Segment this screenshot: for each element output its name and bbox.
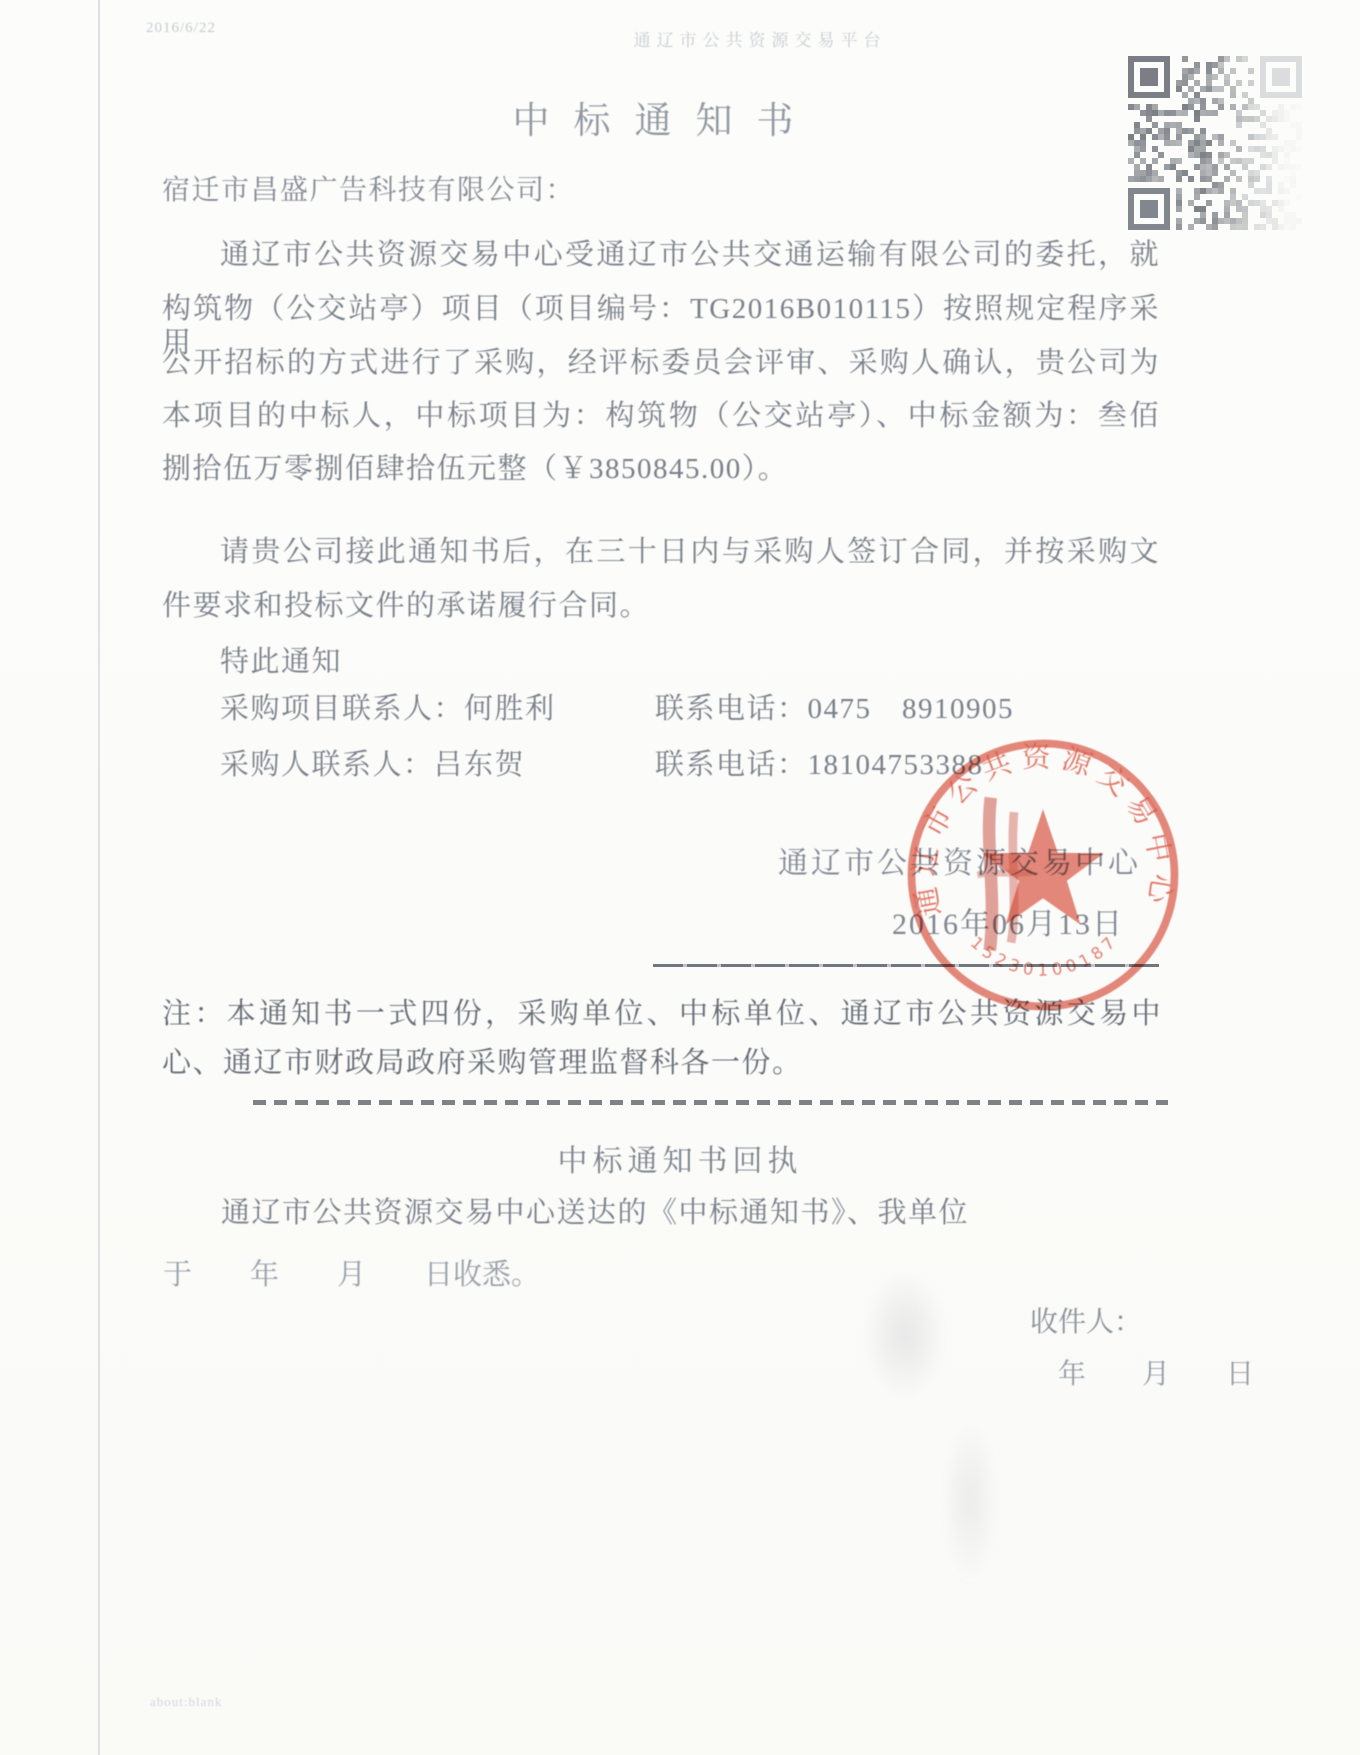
receipt-sign-date-blank: 年 月 日 [1058,1352,1254,1392]
document-title: 中标通知书 [100,90,1230,144]
project-phone-number: 0475 8910905 [808,693,1015,725]
project-contact: 采购项目联系人：何胜利 [162,692,556,726]
note-line: 心、通辽市财政局政府采购管理监督科各一份。 [162,1046,1162,1080]
contact-row-project: 采购项目联系人：何胜利 联系电话：0475 8910905 [162,692,1160,726]
project-contact-label: 采购项目联系人： [220,693,464,725]
purchaser-contact: 采购人联系人：吕东贺 [162,748,525,782]
platform-header: 通辽市公共资源交易平台 [480,26,1040,51]
purchaser-contact-name: 吕东贺 [434,749,526,781]
seal-star-icon [982,809,1103,924]
page-footer-url: about:blank [150,1694,222,1710]
phone-label: 联系电话： [655,693,808,725]
official-seal-stamp: 通辽市公共资源交易中心 1523010018705 [898,730,1188,1020]
body-line: 本项目的中标人，中标项目为：构筑物（公交站亭）、中标金额为：叁佰 [162,399,1160,433]
project-contact-name: 何胜利 [464,693,556,725]
body-line: 件要求和投标文件的承诺履行合同。 [162,589,1160,623]
recipient-label: 收件人： [1030,1300,1142,1340]
tear-off-dashed-line [253,1100,1168,1105]
qr-code [1128,56,1302,230]
scan-date-header: 2016/6/22 [146,20,216,37]
seal-graphic: 通辽市公共资源交易中心 1523010018705 [898,730,1188,1020]
scan-edge-line [98,0,100,1755]
receipt-date-blank-line: 于 年 月 日收悉。 [163,1252,540,1293]
project-phone: 联系电话：0475 8910905 [655,692,1014,726]
phone-label: 联系电话： [655,749,808,781]
receipt-line: 通辽市公共资源交易中心送达的《中标通知书》、我单位 [221,1196,969,1230]
purchaser-contact-label: 采购人联系人： [220,749,434,781]
scanned-document-page: 2016/6/22 通辽市公共资源交易平台 中标通知书 宿迁市昌盛广告科技有限公… [0,0,1360,1755]
body-line: 捌拾伍万零捌佰肆拾伍元整（￥3850845.00）。 [162,452,1160,486]
closing-line: 特此通知 [162,645,1160,679]
receipt-title: 中标通知书回执 [100,1136,1260,1180]
body-line: 公开招标的方式进行了采购，经评标委员会评审、采购人确认，贵公司为 [162,346,1160,380]
body-line: 通辽市公共资源交易中心受通辽市公共交通运输有限公司的委托，就 [162,238,1160,272]
addressee-line: 宿迁市昌盛广告科技有限公司： [162,174,575,207]
seal-smudge [977,798,1031,951]
body-line: 请贵公司接此通知书后，在三十日内与采购人签订合同，并按采购文 [162,535,1160,569]
